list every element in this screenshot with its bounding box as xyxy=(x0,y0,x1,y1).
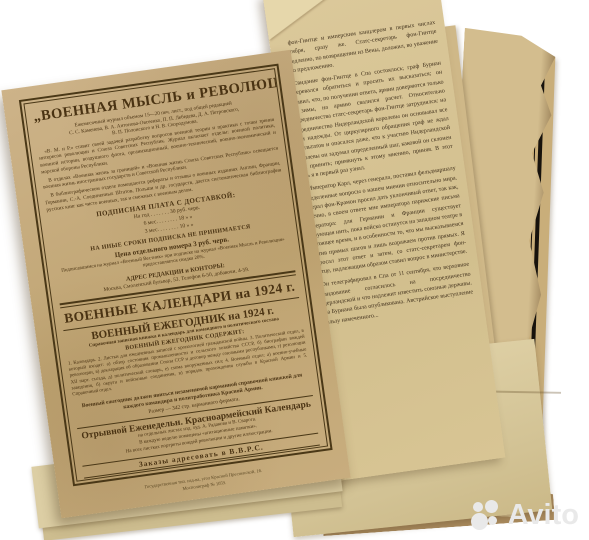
avito-watermark: Avito xyxy=(471,499,579,532)
body-paragraph: Император Карл, через генерала, поставил… xyxy=(300,165,468,279)
magazine-back-cover: „ВОЕННАЯ МЫСЛЬ и РЕВОЛЮЦИЯ“ Ежемесячный … xyxy=(1,50,350,518)
photo-of-vintage-publications: ЕТ я. теро жиездметьбыло быостьстоте.ихк… xyxy=(0,0,589,540)
avito-logo-icon xyxy=(471,500,503,532)
avito-watermark-label: Avito xyxy=(508,499,579,532)
body-paragraph: Свидание фон-Гинтце в Спа состоялось; гр… xyxy=(285,60,455,183)
advert-frame: „ВОЕННАЯ МЫСЛЬ и РЕВОЛЮЦИЯ“ Ежемесячный … xyxy=(19,64,333,487)
